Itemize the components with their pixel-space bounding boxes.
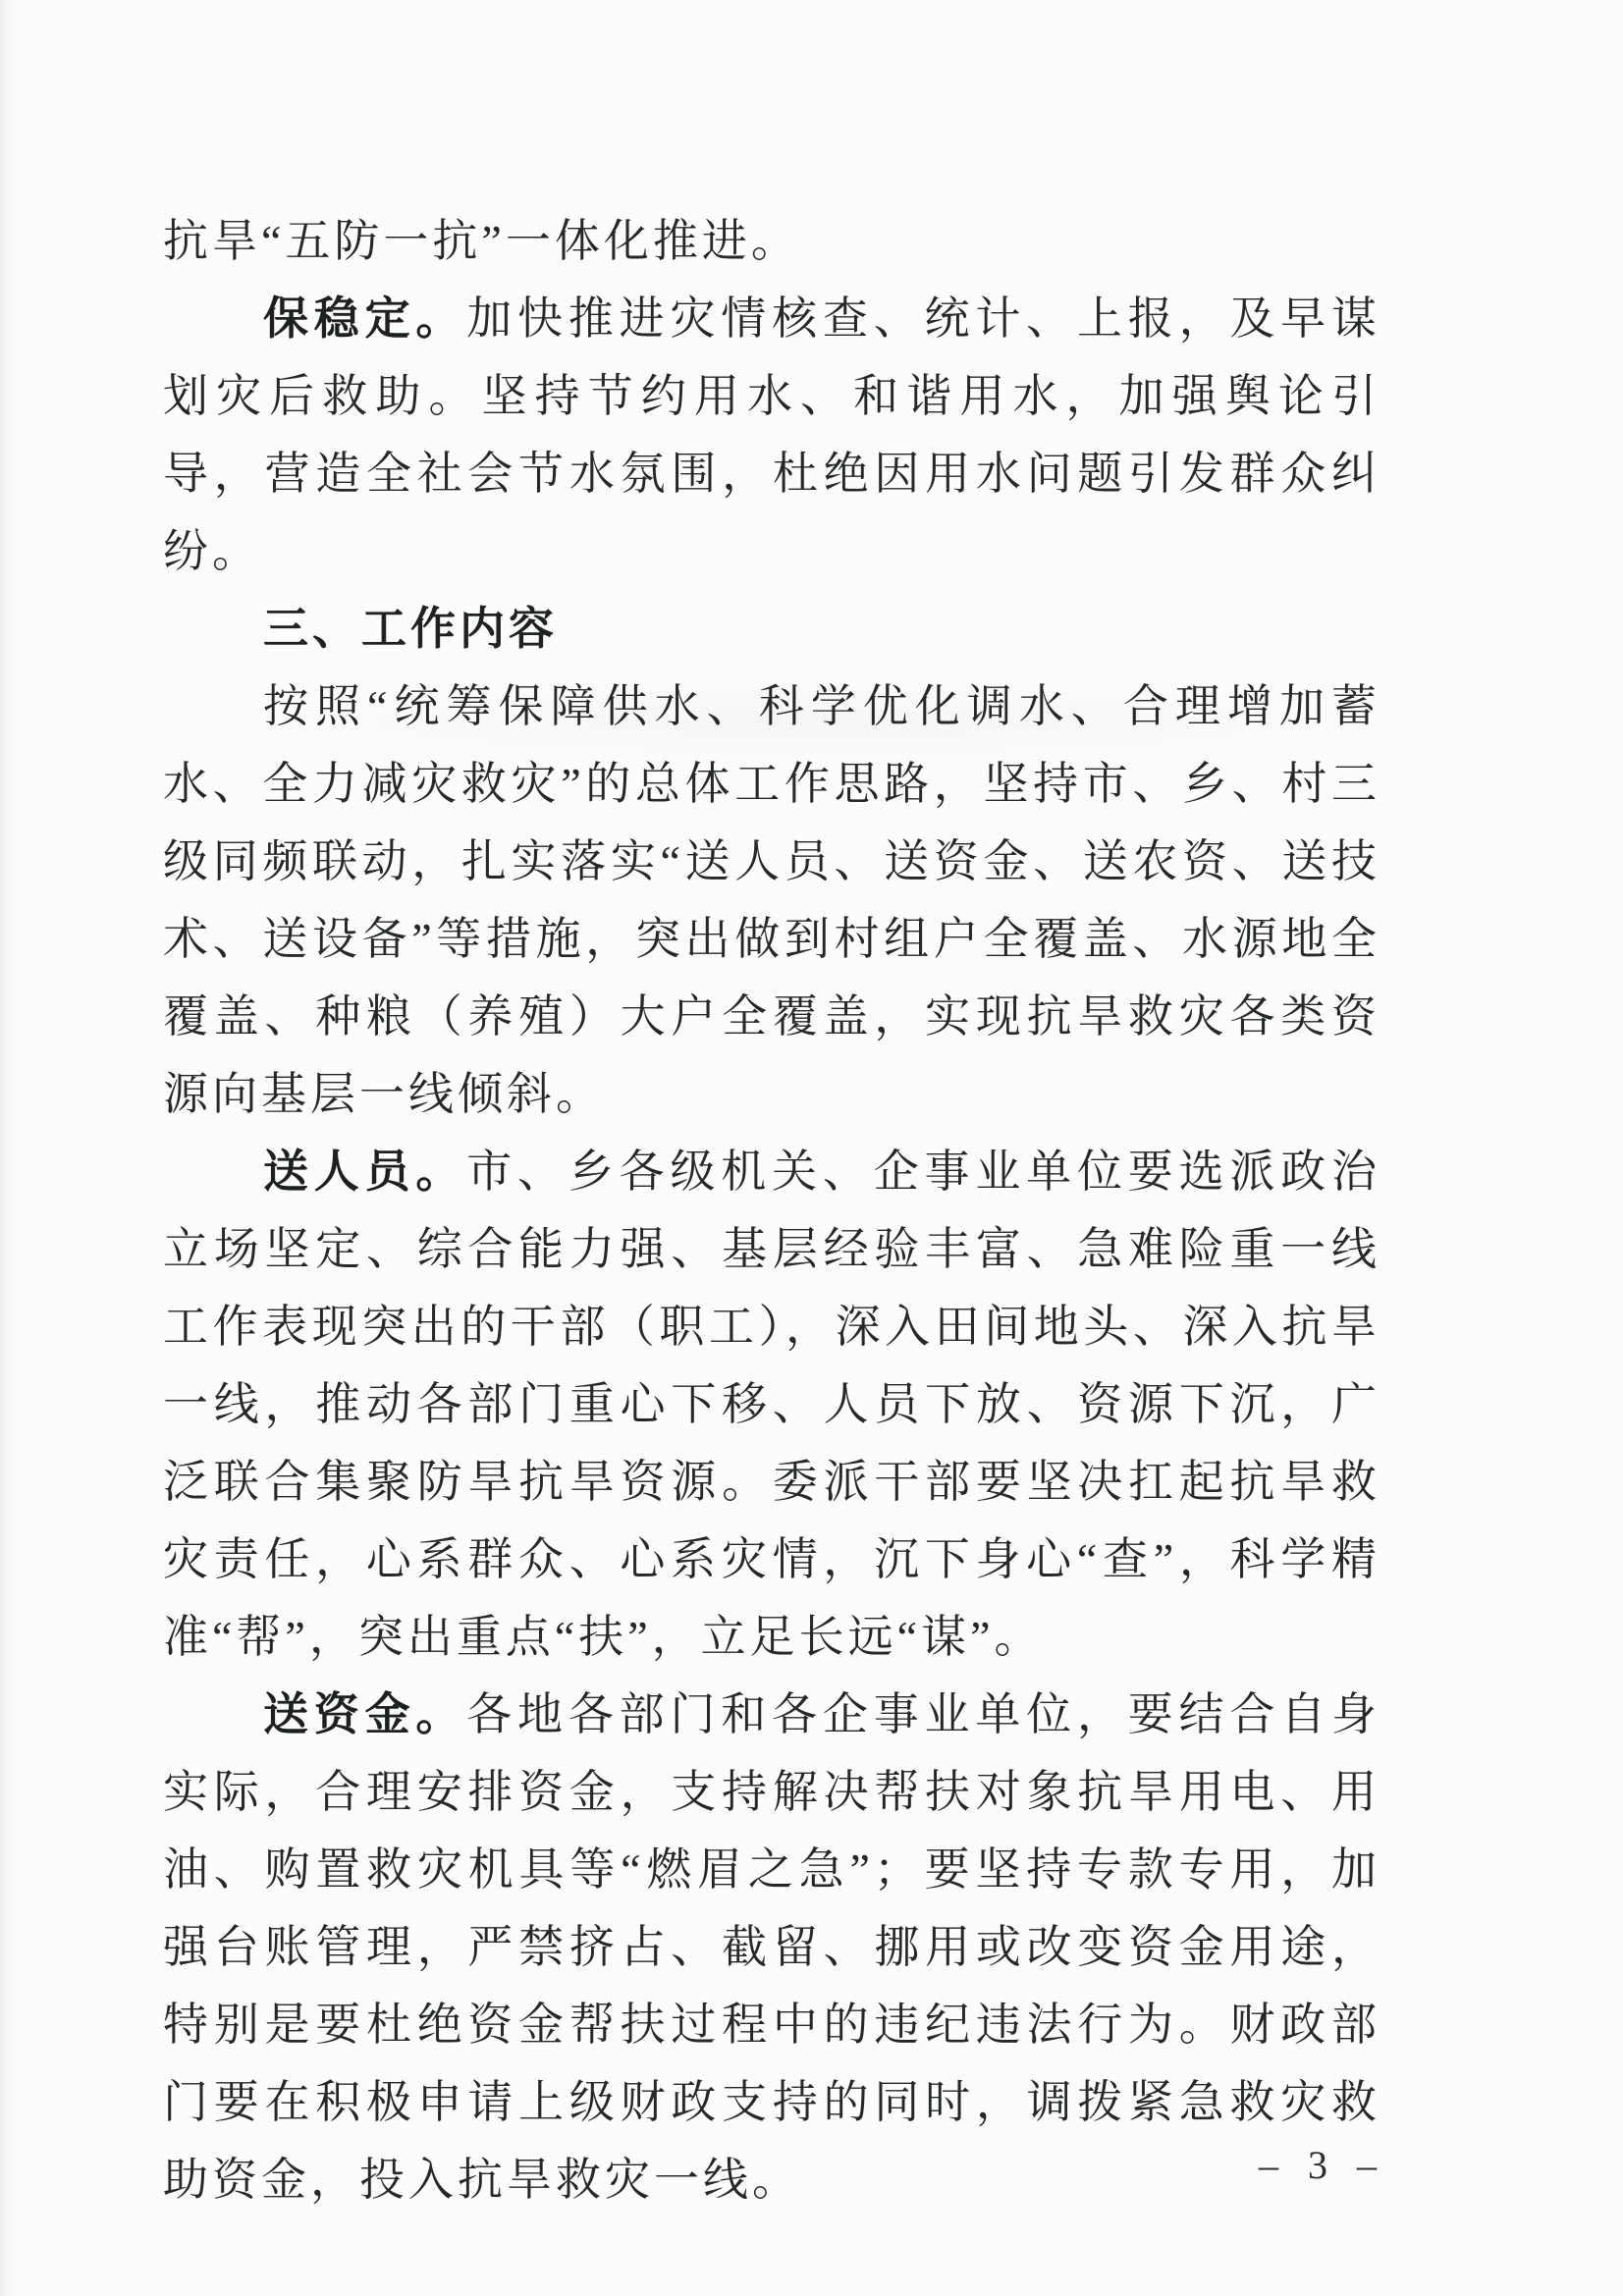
section-heading-work-content: 三、工作内容 [163, 590, 1380, 667]
run-in-heading-song-zijin: 送资金。 [263, 1689, 466, 1739]
document-page: 抗旱“五防一抗”一体化推进。 保稳定。加快推进灾情核查、统计、上报，及早谋划灾后… [0, 0, 1623, 2296]
paragraph-bao-wending: 保稳定。加快推进灾情核查、统计、上报，及早谋划灾后救助。坚持节约用水、和谐用水，… [163, 280, 1380, 590]
paragraph-text: 按照“统筹保障供水、科学优化调水、合理增加蓄水、全力减灾救灾”的总体工作思路，坚… [163, 681, 1380, 1119]
paragraph-song-renyuan: 送人员。市、乡各级机关、企事业单位要选派政治立场坚定、综合能力强、基层经验丰富、… [163, 1133, 1380, 1676]
scan-edge-artifact [0, 0, 14, 2296]
run-in-heading-bao-wending: 保稳定。 [263, 294, 466, 344]
run-in-heading-song-renyuan: 送人员。 [263, 1147, 466, 1197]
paragraph-overall-approach: 按照“统筹保障供水、科学优化调水、合理增加蓄水、全力减灾救灾”的总体工作思路，坚… [163, 667, 1380, 1133]
paragraph-text: 市、乡各级机关、企事业单位要选派政治立场坚定、综合能力强、基层经验丰富、急难险重… [163, 1147, 1380, 1662]
page-number: – 3 – [1249, 2142, 1396, 2188]
paragraph-song-zijin: 送资金。各地各部门和各企事业单位，要结合自身实际，合理安排资金，支持解决帮扶对象… [163, 1676, 1380, 2218]
paragraph-continuation: 抗旱“五防一抗”一体化推进。 [163, 202, 1380, 280]
document-body: 抗旱“五防一抗”一体化推进。 保稳定。加快推进灾情核查、统计、上报，及早谋划灾后… [163, 202, 1380, 2218]
paragraph-text: 抗旱“五防一抗”一体化推进。 [163, 216, 800, 266]
paragraph-text: 各地各部门和各企事业单位，要结合自身实际，合理安排资金，支持解决帮扶对象抗旱用电… [163, 1689, 1380, 2205]
